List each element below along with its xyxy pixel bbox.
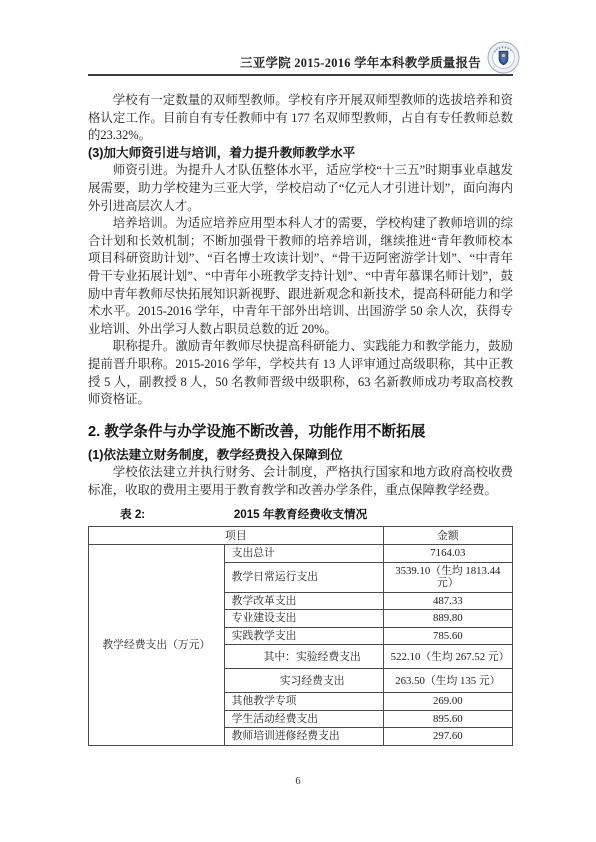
cell-amount: 487.33	[383, 592, 512, 610]
table-header-row: 项目 金额	[89, 527, 513, 545]
cell-item: 学生活动经费支出	[224, 710, 383, 728]
page-header: 三亚学院 2015-2016 学年本科教学质量报告	[88, 44, 513, 76]
cell-amount: 522.10（生均 267.52 元）	[383, 645, 512, 669]
university-seal-icon	[487, 41, 520, 74]
cell-amount: 785.60	[383, 627, 512, 645]
section-2-heading: 2. 教学条件与办学设施不断改善，功能作用不断拓展	[88, 422, 513, 442]
cell-item: 专业建设支出	[224, 610, 383, 628]
cell-item: 实习经费支出	[224, 669, 383, 693]
cell-item: 其中：实验经费支出	[224, 645, 383, 669]
cell-amount: 895.60	[383, 710, 512, 728]
table-caption: 表 2: 2015 年教育经费收支情况	[88, 506, 513, 522]
cell-amount: 7164.03	[383, 545, 512, 563]
col-header-amount: 金额	[383, 527, 512, 545]
paragraph-finance: 学校依法建立并执行财务、会计制度，严格执行国家和地方政府高校收费标准，收取的费用…	[88, 464, 513, 499]
table-title: 2015 年教育经费收支情况	[88, 506, 513, 522]
paragraph-teacher-recruitment: 师资引进。为提升人才队伍整体水平，适应学校“十三五”时期事业卓越发展需要，助力学…	[88, 162, 513, 215]
cell-item: 支出总计	[224, 545, 383, 563]
report-title: 三亚学院 2015-2016 学年本科教学质量报告	[240, 53, 481, 71]
cell-item: 教师培训进修经费支出	[224, 728, 383, 746]
table-row: 教学经费支出（万元） 支出总计 7164.03	[89, 545, 513, 563]
cell-item: 其他教学专项	[224, 693, 383, 711]
cell-item: 实践教学支出	[224, 627, 383, 645]
col-header-item: 项目	[89, 527, 384, 545]
cell-amount: 3539.10（生均 1813.44 元）	[383, 562, 512, 592]
paragraph-double-qualified-teachers: 学校有一定数量的双师型教师。学校有序开展双师型教师的选拔培养和资格认定工作。目前…	[88, 92, 513, 145]
paragraph-teacher-training: 培养培训。为适应培养应用型本科人才的需要，学校构建了教师培训的综合计划和长效机制…	[88, 215, 513, 338]
cell-item: 教学日常运行支出	[224, 562, 383, 592]
cell-amount: 269.00	[383, 693, 512, 711]
table-number-label: 表 2:	[120, 506, 145, 522]
cell-amount: 263.50（生均 135 元）	[383, 669, 512, 693]
expense-table: 项目 金额 教学经费支出（万元） 支出总计 7164.03 教学日常运行支出 3…	[88, 526, 513, 746]
paragraph-title-promotion: 职称提升。激励青年教师尽快提高科研能力、实践能力和教学能力，鼓励提前晋升职称。2…	[88, 338, 513, 408]
heading-3-recruit-training: (3)加大师资引进与培训，着力提升教师教学水平	[88, 145, 513, 163]
document-page: 三亚学院 2015-2016 学年本科教学质量报告 学校有一定数量的双师型教师。…	[0, 0, 596, 842]
page-body: 学校有一定数量的双师型教师。学校有序开展双师型教师的选拔培养和资格认定工作。目前…	[88, 92, 513, 746]
page-number: 6	[0, 776, 596, 787]
cell-amount: 889.80	[383, 610, 512, 628]
cell-item: 教学改革支出	[224, 592, 383, 610]
heading-1-finance-system: (1)依法建立财务制度，教学经费投入保障到位	[88, 447, 513, 465]
row-group-label: 教学经费支出（万元）	[89, 545, 225, 746]
cell-amount: 297.60	[383, 728, 512, 746]
